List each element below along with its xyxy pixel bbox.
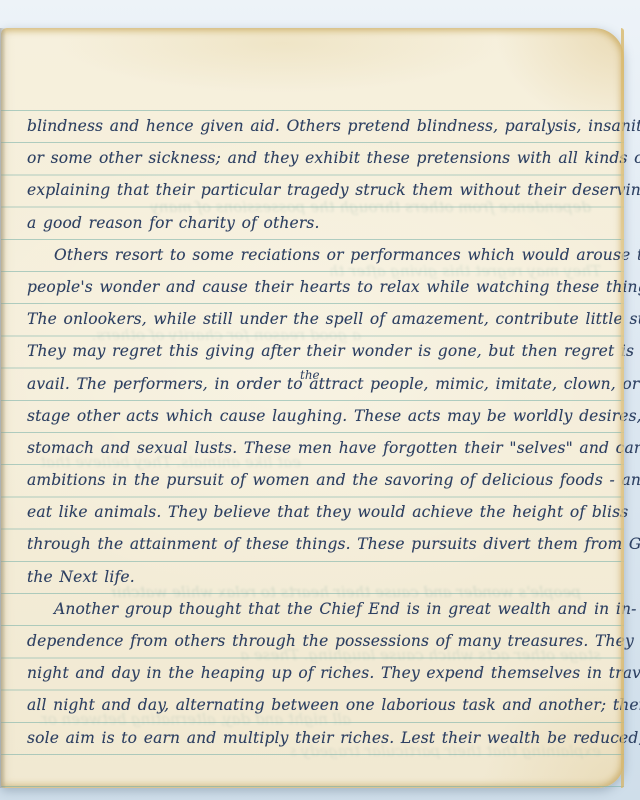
handwriting-line: stomach and sexual lusts. These men have…	[27, 432, 621, 464]
handwriting-line: explaining that their particular tragedy…	[27, 174, 621, 206]
handwriting-line: sole aim is to earn and multiply their r…	[27, 722, 621, 754]
handwriting-line: or some other sickness; and they exhibit…	[27, 142, 621, 174]
handwriting-line: blindness and hence given aid. Others pr…	[27, 110, 621, 142]
handwriting-line: people's wonder and cause their hearts t…	[27, 271, 621, 303]
notebook-page: dependence from others through the posse…	[1, 28, 624, 788]
handwriting-line: the Next life.	[27, 561, 621, 593]
page-right-edge	[621, 28, 624, 788]
handwriting-line: through the attainment of these things. …	[27, 528, 621, 560]
handwriting-line: avail. The performers, in order to attra…	[27, 368, 621, 400]
handwriting-line: all night and day, alternating between o…	[27, 689, 621, 721]
handwriting-line: The onlookers, while still under the spe…	[27, 303, 621, 335]
handwriting-line: dependence from others through the posse…	[27, 625, 621, 657]
handwriting-line: eat like animals. They believe that they…	[27, 496, 621, 528]
handwriting-line: a good reason for charity of others.	[27, 207, 621, 239]
handwriting-line: ambitions in the pursuit of women and th…	[27, 464, 621, 496]
binding-shadow	[0, 28, 6, 788]
scan-background: dependence from others through the posse…	[0, 0, 640, 800]
handwriting-line: stage other acts which cause laughing. T…	[27, 400, 621, 432]
handwriting-line: night and day in the heaping up of riche…	[27, 657, 621, 689]
handwriting-line: They may regret this giving after their …	[27, 335, 621, 367]
inserted-word-above-line: the	[300, 369, 320, 381]
handwriting-line-paragraph-start: Another group thought that the Chief End…	[27, 593, 621, 625]
handwriting-block: blindness and hence given aid. Others pr…	[27, 110, 621, 754]
handwriting-line-paragraph-start: Others resort to some reciations or perf…	[27, 239, 621, 271]
